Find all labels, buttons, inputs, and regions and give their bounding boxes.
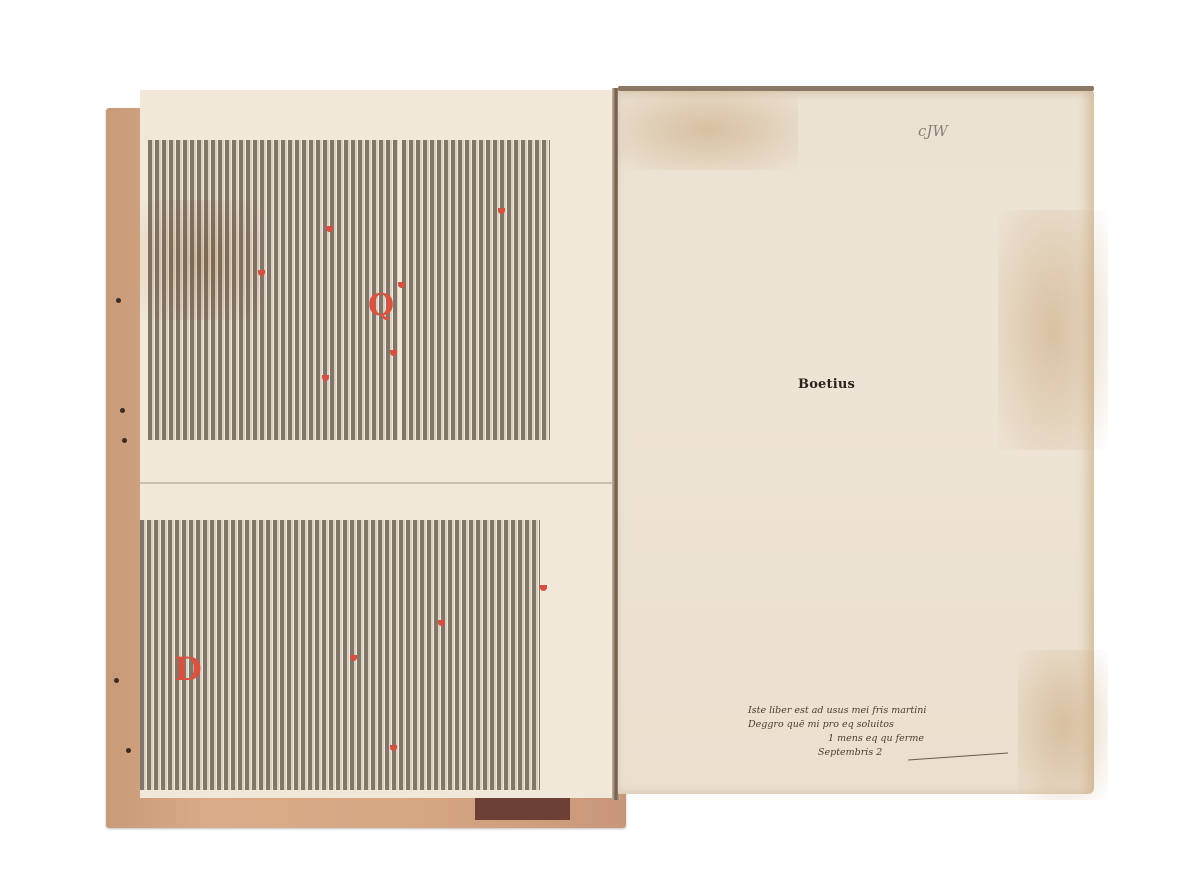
red-initial-q: Q bbox=[368, 288, 394, 323]
rubric-mark bbox=[540, 585, 547, 591]
foxing-stain bbox=[1018, 650, 1108, 800]
title-page bbox=[618, 90, 1094, 794]
red-initial-d: D bbox=[174, 650, 202, 688]
wormhole bbox=[126, 748, 131, 753]
left-pastedown-leaf: Q D bbox=[140, 90, 618, 798]
text-column-upper-right bbox=[402, 140, 550, 440]
text-column-upper-left bbox=[148, 140, 398, 440]
inscription-line-3: 1 mens eq qu ferme bbox=[748, 732, 1008, 746]
wormhole bbox=[116, 298, 121, 303]
inscription-line-4: Septembris 2 bbox=[748, 746, 1008, 760]
inscription-line-2: Deggro quē mi pro eq soluitos bbox=[748, 718, 1008, 732]
foxing-stain bbox=[618, 90, 798, 170]
foxing-stain bbox=[998, 210, 1108, 450]
wormhole bbox=[120, 408, 125, 413]
shelfmark-annotation: cJW bbox=[918, 122, 948, 140]
page-fold bbox=[140, 482, 618, 484]
ownership-inscription: Iste liber est ad usus mei fris martini … bbox=[748, 704, 1008, 760]
wormhole bbox=[114, 678, 119, 683]
wormhole bbox=[122, 438, 127, 443]
inscription-line-1: Iste liber est ad usus mei fris martini bbox=[748, 704, 1008, 718]
book-title: Boetius bbox=[798, 377, 855, 392]
